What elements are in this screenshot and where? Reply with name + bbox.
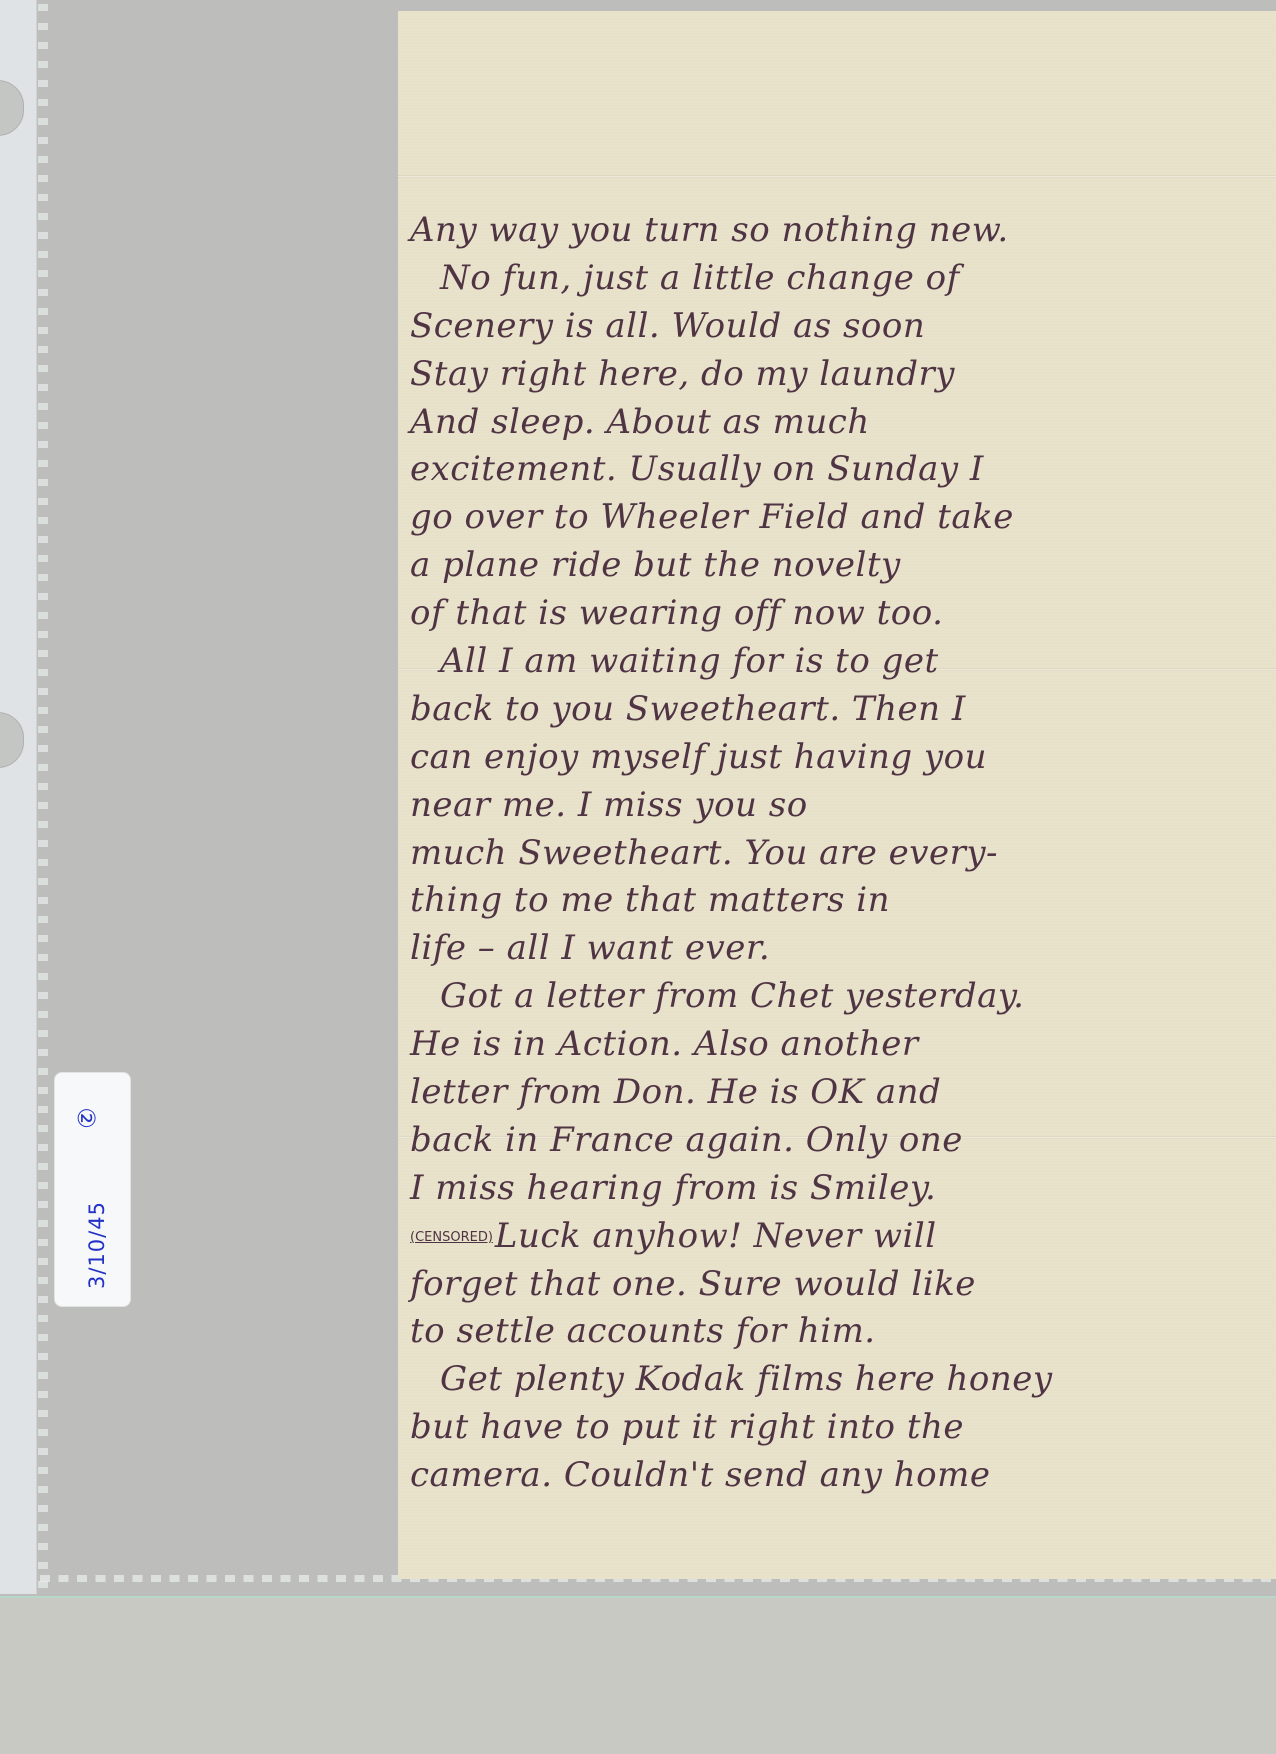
letter-line-text: Luck anyhow! Never will [495,1216,937,1256]
binder-hole-middle [0,712,24,768]
letter-line: And sleep. About as much [410,399,1270,447]
letter-line: excitement. Usually on Sunday I [410,446,1270,494]
archive-label: ② 3/10/45 [55,1073,130,1306]
letter-line-censored: (CENSORED)Luck anyhow! Never will [410,1213,1270,1261]
letter-line: near me. I miss you so [410,782,1270,830]
letter-line: Any way you turn so nothing new. [410,207,1270,255]
binder-hole-top [0,80,24,136]
handwritten-letter-page: Any way you turn so nothing new. No fun,… [398,11,1276,1579]
letter-line: forget that one. Sure would like [410,1261,1270,1309]
sleeve-perforation-vertical [38,4,48,1594]
censored-mark: (CENSORED) [410,1230,493,1245]
letter-line: No fun, just a little change of [410,255,1270,303]
letter-line: camera. Couldn't send any home [410,1452,1270,1500]
letter-line: I miss hearing from is Smiley. [410,1165,1270,1213]
binder-strip [0,0,37,1594]
letter-line: but have to put it right into the [410,1404,1270,1452]
letter-line: much Sweetheart. You are every- [410,830,1270,878]
letter-line: Scenery is all. Would as soon [410,303,1270,351]
letter-line: back in France again. Only one [410,1117,1270,1165]
letter-line: Get plenty Kodak films here honey [410,1356,1270,1404]
letter-line: a plane ride but the novelty [410,542,1270,590]
letter-line: Got a letter from Chet yesterday. [410,973,1270,1021]
letter-line: life – all I want ever. [410,925,1270,973]
letter-line: letter from Don. He is OK and [410,1069,1270,1117]
letter-line: to settle accounts for him. [410,1308,1270,1356]
sheet-protector-sleeve: ② 3/10/45 Any way you turn so nothing ne… [0,0,1276,1598]
letter-line: thing to me that matters in [410,877,1270,925]
letter-body: Any way you turn so nothing new. No fun,… [410,207,1270,1500]
letter-line: of that is wearing off now too. [410,590,1270,638]
letter-line: He is in Action. Also another [410,1021,1270,1069]
letter-line: back to you Sweetheart. Then I [410,686,1270,734]
fold-crease-top [398,175,1276,178]
letter-line: Stay right here, do my laundry [410,351,1270,399]
letter-line: All I am waiting for is to get [410,638,1270,686]
page-number-mark: ② [69,1101,103,1135]
letter-date: 3/10/45 [85,1195,109,1295]
letter-line: can enjoy myself just having you [410,734,1270,782]
letter-line: go over to Wheeler Field and take [410,494,1270,542]
